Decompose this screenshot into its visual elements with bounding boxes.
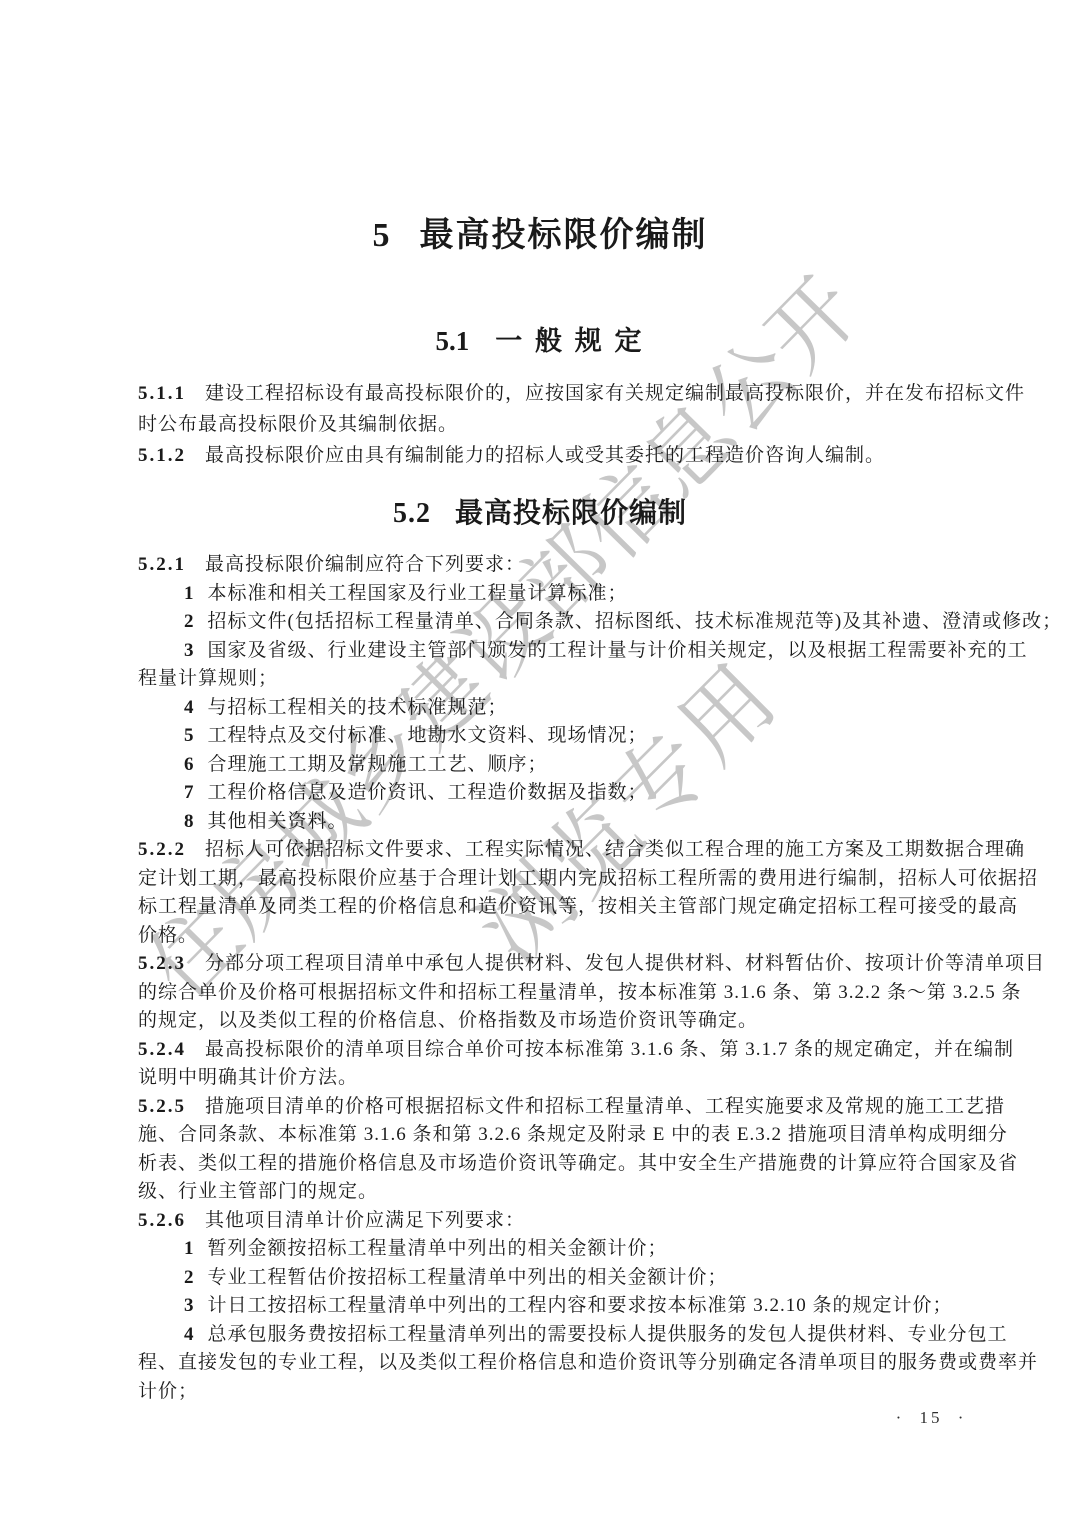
line-text: 分部分项工程项目清单中承包人提供材料、发包人提供材料、材料暂估价、按项计价等清单… bbox=[205, 953, 1045, 974]
item-number: 2 bbox=[184, 611, 195, 632]
clause-number: 5.2.6 bbox=[138, 1210, 186, 1231]
line-text: 建设工程招标设有最高投标限价的，应按国家有关规定编制最高投标限价，并在发布招标文… bbox=[205, 383, 1025, 404]
continuation-line: 施、合同条款、本标准第 3.1.6 条和第 3.2.6 条规定及附录 E 中的表… bbox=[138, 1121, 978, 1150]
list-item-line: 2招标文件(包括招标工程量清单、合同条款、招标图纸、技术标准规范等)及其补遗、澄… bbox=[138, 608, 978, 637]
section-number: 5.2 bbox=[393, 498, 431, 529]
line-text: 施、合同条款、本标准第 3.1.6 条和第 3.2.6 条规定及附录 E 中的表… bbox=[138, 1124, 1008, 1145]
line-text: 国家及省级、行业建设主管部门颁发的工程计量与计价相关规定，以及根据工程需要补充的… bbox=[208, 640, 1028, 661]
chapter-title: 5最高投标限价编制 bbox=[0, 217, 1080, 255]
item-number: 7 bbox=[184, 782, 195, 803]
continuation-line: 级、行业主管部门的规定。 bbox=[138, 1178, 978, 1207]
item-number: 1 bbox=[184, 1238, 195, 1259]
line-text: 措施项目清单的价格可根据招标文件和招标工程量清单、工程实施要求及常规的施工工艺措 bbox=[205, 1096, 1005, 1117]
item-number: 3 bbox=[184, 1295, 195, 1316]
continuation-line: 时公布最高投标限价及其编制依据。 bbox=[138, 409, 978, 440]
line-text: 工程特点及交付标准、地勘水文资料、现场情况； bbox=[208, 725, 648, 746]
section-heading-5-1: 5.1一 般 规 定 bbox=[0, 326, 1080, 357]
line-text: 专业工程暂估价按招标工程量清单中列出的相关金额计价； bbox=[208, 1267, 728, 1288]
continuation-line: 定计划工期，最高投标限价应基于合理计划工期内完成招标工程所需的费用进行编制，招标… bbox=[138, 865, 978, 894]
line-text: 合理施工工期及常规施工工艺、顺序； bbox=[208, 754, 548, 775]
line-text: 工程价格信息及造价资讯、工程造价数据及指数； bbox=[208, 782, 648, 803]
clause-line: 5.2.1最高投标限价编制应符合下列要求： bbox=[138, 551, 978, 580]
clause-number: 5.2.1 bbox=[138, 554, 186, 575]
continuation-line: 价格。 bbox=[138, 922, 978, 951]
list-item-line: 2专业工程暂估价按招标工程量清单中列出的相关金额计价； bbox=[138, 1264, 978, 1293]
line-text: 标工程量清单及同类工程的价格信息和造价资讯等，按相关主管部门规定确定招标工程可接… bbox=[138, 896, 1018, 917]
line-text: 暂列金额按招标工程量清单中列出的相关金额计价； bbox=[208, 1238, 668, 1259]
list-item-line: 7工程价格信息及造价资讯、工程造价数据及指数； bbox=[138, 779, 978, 808]
line-text: 说明中明确其计价方法。 bbox=[138, 1067, 358, 1088]
line-text: 定计划工期，最高投标限价应基于合理计划工期内完成招标工程所需的费用进行编制，招标… bbox=[138, 868, 1038, 889]
line-text: 招标人可依据招标文件要求、工程实际情况、结合类似工程合理的施工方案及工期数据合理… bbox=[205, 839, 1025, 860]
line-text: 总承包服务费按招标工程量清单列出的需要投标人提供服务的发包人提供材料、专业分包工 bbox=[208, 1324, 1008, 1345]
list-item-line: 8其他相关资料。 bbox=[138, 808, 978, 837]
page-number: · 15 · bbox=[861, 1408, 1001, 1428]
continuation-line: 说明中明确其计价方法。 bbox=[138, 1064, 978, 1093]
line-text: 最高投标限价编制应符合下列要求： bbox=[205, 554, 525, 575]
list-item-line: 4总承包服务费按招标工程量清单列出的需要投标人提供服务的发包人提供材料、专业分包… bbox=[138, 1321, 978, 1350]
continuation-line: 程量计算规则； bbox=[138, 665, 978, 694]
line-text: 的规定，以及类似工程的价格信息、价格指数及市场造价资讯等确定。 bbox=[138, 1010, 758, 1031]
list-item-line: 3国家及省级、行业建设主管部门颁发的工程计量与计价相关规定，以及根据工程需要补充… bbox=[138, 637, 978, 666]
line-text: 析表、类似工程的措施价格信息及市场造价资讯等确定。其中安全生产措施费的计算应符合… bbox=[138, 1153, 1018, 1174]
line-text: 级、行业主管部门的规定。 bbox=[138, 1181, 378, 1202]
clause-line: 5.2.2招标人可依据招标文件要求、工程实际情况、结合类似工程合理的施工方案及工… bbox=[138, 836, 978, 865]
continuation-line: 析表、类似工程的措施价格信息及市场造价资讯等确定。其中安全生产措施费的计算应符合… bbox=[138, 1150, 978, 1179]
list-item-line: 3计日工按招标工程量清单中列出的工程内容和要求按本标准第 3.2.10 条的规定… bbox=[138, 1292, 978, 1321]
clause-line: 5.1.2最高投标限价应由具有编制能力的招标人或受其委托的工程造价咨询人编制。 bbox=[138, 440, 978, 471]
list-item-line: 1暂列金额按招标工程量清单中列出的相关金额计价； bbox=[138, 1235, 978, 1264]
continuation-line: 标工程量清单及同类工程的价格信息和造价资讯等，按相关主管部门规定确定招标工程可接… bbox=[138, 893, 978, 922]
line-text: 最高投标限价应由具有编制能力的招标人或受其委托的工程造价咨询人编制。 bbox=[205, 445, 885, 466]
line-text: 时公布最高投标限价及其编制依据。 bbox=[138, 414, 458, 435]
clause-number: 5.2.2 bbox=[138, 839, 186, 860]
clause-number: 5.2.3 bbox=[138, 953, 186, 974]
item-number: 6 bbox=[184, 754, 195, 775]
list-item-line: 6合理施工工期及常规施工工艺、顺序； bbox=[138, 751, 978, 780]
line-text: 价格。 bbox=[138, 925, 198, 946]
clause-line: 5.2.6其他项目清单计价应满足下列要求： bbox=[138, 1207, 978, 1236]
line-text: 其他项目清单计价应满足下列要求： bbox=[205, 1210, 525, 1231]
list-item-line: 4与招标工程相关的技术标准规范； bbox=[138, 694, 978, 723]
document-page: 住房城乡建设部信息公开 浏览专用 5最高投标限价编制 5.1一 般 规 定 5.… bbox=[0, 0, 1080, 1529]
clause-number: 5.2.5 bbox=[138, 1096, 186, 1117]
continuation-line: 程、直接发包的专业工程，以及类似工程价格信息和造价资讯等分别确定各清单项目的服务… bbox=[138, 1349, 978, 1378]
list-item-line: 1本标准和相关工程国家及行业工程量计算标准； bbox=[138, 580, 978, 609]
chapter-number: 5 bbox=[373, 217, 392, 254]
line-text: 招标文件(包括招标工程量清单、合同条款、招标图纸、技术标准规范等)及其补遗、澄清… bbox=[208, 611, 1063, 632]
item-number: 8 bbox=[184, 811, 195, 832]
line-text: 最高投标限价的清单项目综合单价可按本标准第 3.1.6 条、第 3.1.7 条的… bbox=[205, 1039, 1014, 1060]
item-number: 4 bbox=[184, 697, 195, 718]
clause-line: 5.1.1建设工程招标设有最高投标限价的，应按国家有关规定编制最高投标限价，并在… bbox=[138, 378, 978, 409]
clause-line: 5.2.3分部分项工程项目清单中承包人提供材料、发包人提供材料、材料暂估价、按项… bbox=[138, 950, 978, 979]
item-number: 2 bbox=[184, 1267, 195, 1288]
section-title-text: 最高投标限价编制 bbox=[455, 498, 687, 529]
list-item-line: 5工程特点及交付标准、地勘水文资料、现场情况； bbox=[138, 722, 978, 751]
clause-number: 5.1.1 bbox=[138, 383, 186, 404]
item-number: 1 bbox=[184, 583, 195, 604]
section-number: 5.1 bbox=[436, 326, 470, 356]
chapter-title-text: 最高投标限价编制 bbox=[420, 217, 708, 254]
item-number: 3 bbox=[184, 640, 195, 661]
continuation-line: 的综合单价及价格可根据招标文件和招标工程量清单，按本标准第 3.1.6 条、第 … bbox=[138, 979, 978, 1008]
continuation-line: 的规定，以及类似工程的价格信息、价格指数及市场造价资讯等确定。 bbox=[138, 1007, 978, 1036]
section-title-text: 一 般 规 定 bbox=[495, 326, 644, 356]
line-text: 的综合单价及价格可根据招标文件和招标工程量清单，按本标准第 3.1.6 条、第 … bbox=[138, 982, 1022, 1003]
section-5-1-body: 5.1.1建设工程招标设有最高投标限价的，应按国家有关规定编制最高投标限价，并在… bbox=[138, 378, 978, 471]
line-text: 与招标工程相关的技术标准规范； bbox=[208, 697, 508, 718]
section-heading-5-2: 5.2最高投标限价编制 bbox=[0, 497, 1080, 531]
line-text: 计日工按招标工程量清单中列出的工程内容和要求按本标准第 3.2.10 条的规定计… bbox=[208, 1295, 953, 1316]
item-number: 5 bbox=[184, 725, 195, 746]
line-text: 计价； bbox=[138, 1381, 198, 1402]
clause-line: 5.2.5措施项目清单的价格可根据招标文件和招标工程量清单、工程实施要求及常规的… bbox=[138, 1093, 978, 1122]
line-text: 程、直接发包的专业工程，以及类似工程价格信息和造价资讯等分别确定各清单项目的服务… bbox=[138, 1352, 1038, 1373]
line-text: 本标准和相关工程国家及行业工程量计算标准； bbox=[208, 583, 628, 604]
line-text: 其他相关资料。 bbox=[208, 811, 348, 832]
clause-number: 5.1.2 bbox=[138, 445, 186, 466]
clause-number: 5.2.4 bbox=[138, 1039, 186, 1060]
clause-line: 5.2.4最高投标限价的清单项目综合单价可按本标准第 3.1.6 条、第 3.1… bbox=[138, 1036, 978, 1065]
line-text: 程量计算规则； bbox=[138, 668, 278, 689]
continuation-line: 计价； bbox=[138, 1378, 978, 1407]
item-number: 4 bbox=[184, 1324, 195, 1345]
section-5-2-body: 5.2.1最高投标限价编制应符合下列要求：1本标准和相关工程国家及行业工程量计算… bbox=[138, 551, 978, 1406]
